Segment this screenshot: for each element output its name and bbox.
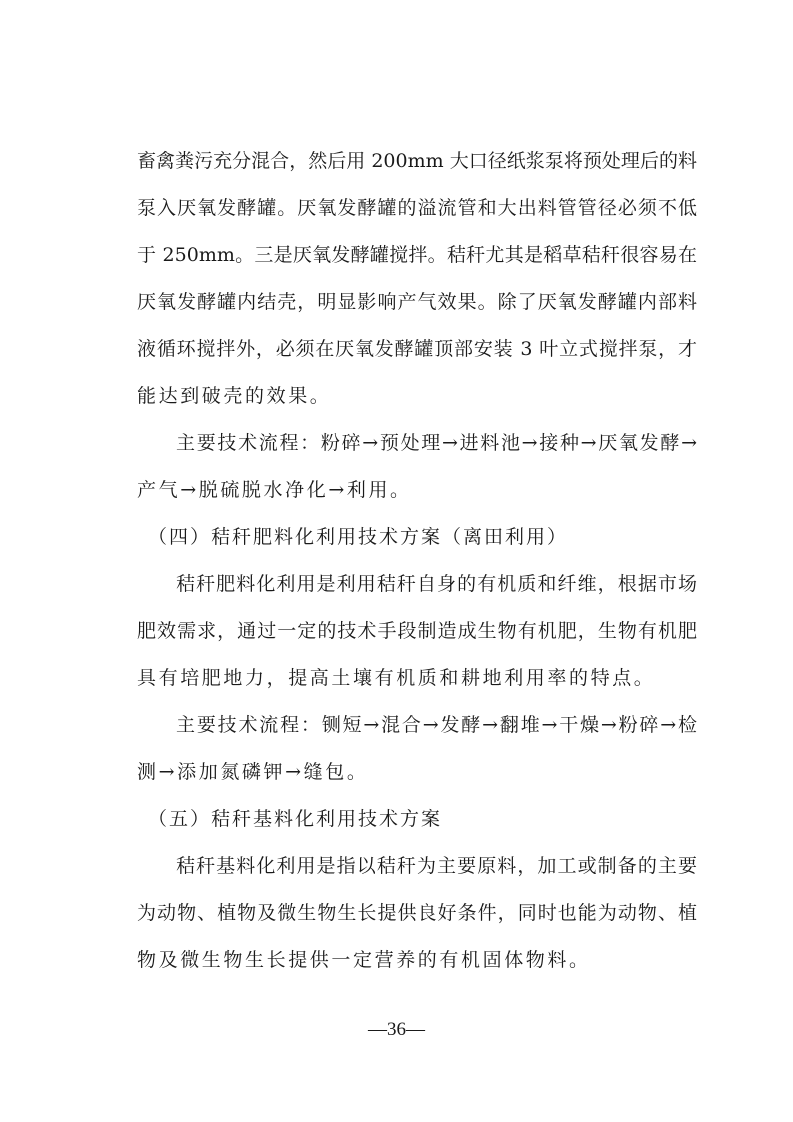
document-page: 畜禽粪污充分混合，然后用 200mm 大口径纸浆泵将预处理后的料 泵入厌氧发酵罐… — [0, 0, 793, 1122]
section-5-title: （五）秸秆基料化利用技术方案 — [148, 807, 442, 831]
body-text-line: 能达到破壳的效果。 — [137, 384, 697, 408]
section-5-paragraph: 为动物、植物及微生物生长提供良好条件，同时也能为动物、植 — [137, 901, 697, 925]
section-4-paragraph: 肥效需求，通过一定的技术手段制造成生物有机肥，生物有机肥 — [137, 619, 697, 643]
body-text-line: 液循环搅拌外，必须在厌氧发酵罐顶部安装 3 叶立式搅拌泵，才 — [137, 337, 697, 361]
page-number: —36— — [0, 1018, 793, 1042]
fertilizer-process-flow: 主要技术流程：铡短→混合→发酵→翻堆→干燥→粉碎→检 — [176, 713, 697, 737]
body-text-line: 泵入厌氧发酵罐。厌氧发酵罐的溢流管和大出料管管径必须不低 — [137, 196, 697, 220]
biogas-process-flow-cont: 产气→脱硫脱水净化→利用。 — [137, 478, 697, 502]
fertilizer-process-flow-cont: 测→添加氮磷钾→缝包。 — [137, 760, 697, 784]
body-text-line: 畜禽粪污充分混合，然后用 200mm 大口径纸浆泵将预处理后的料 — [137, 149, 697, 173]
section-4-paragraph: 具有培肥地力，提高土壤有机质和耕地利用率的特点。 — [137, 666, 697, 690]
biogas-process-flow: 主要技术流程：粉碎→预处理→进料池→接种→厌氧发酵→ — [176, 431, 697, 455]
body-text-line: 厌氧发酵罐内结壳，明显影响产气效果。除了厌氧发酵罐内部料 — [137, 290, 697, 314]
section-4-title: （四）秸秆肥料化利用技术方案（离田利用） — [148, 525, 568, 549]
section-5-paragraph: 物及微生物生长提供一定营养的有机固体物料。 — [137, 948, 697, 972]
body-text-line: 于 250mm。三是厌氧发酵罐搅拌。秸秆尤其是稻草秸秆很容易在 — [137, 243, 697, 267]
section-5-paragraph: 秸秆基料化利用是指以秸秆为主要原料，加工或制备的主要 — [176, 854, 697, 878]
section-4-paragraph: 秸秆肥料化利用是利用秸秆自身的有机质和纤维，根据市场 — [176, 572, 697, 596]
